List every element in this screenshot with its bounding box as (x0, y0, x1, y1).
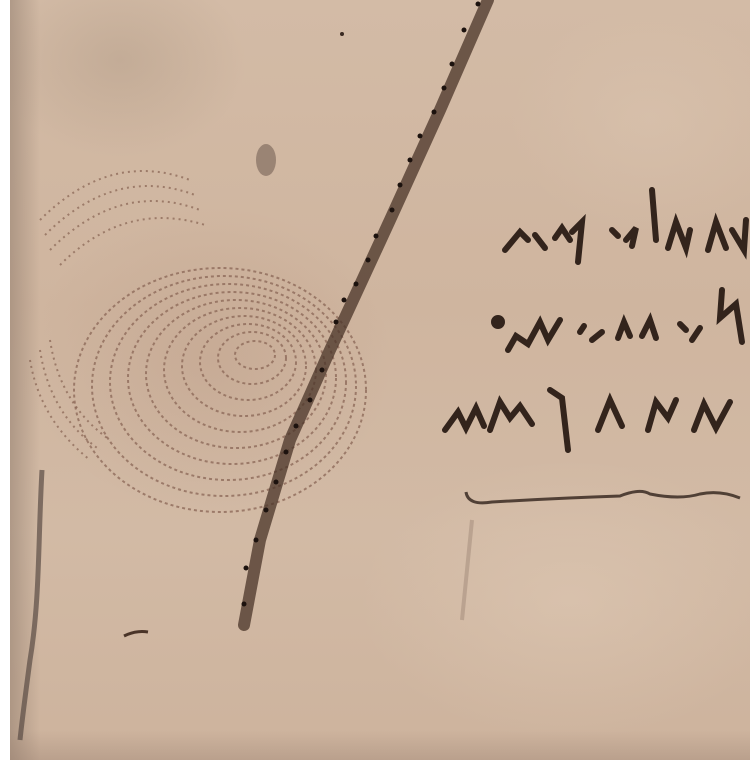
left-edge-stain (20, 470, 42, 740)
stray-ink-mark (124, 632, 148, 637)
fingerprint (74, 268, 366, 512)
manuscript-markings (0, 0, 750, 760)
dotted-diagonal-stroke (242, 0, 489, 625)
handwriting-line-2 (494, 290, 742, 350)
underline-flourish (466, 491, 740, 502)
partial-fingerprint-left (30, 340, 110, 460)
ink-smudge (256, 144, 276, 176)
ink-dot (340, 32, 344, 36)
handwriting-line-1 (505, 190, 746, 262)
partial-fingerprint-upper (40, 171, 205, 265)
faint-stain (462, 520, 472, 620)
handwriting-line-3 (445, 390, 730, 450)
